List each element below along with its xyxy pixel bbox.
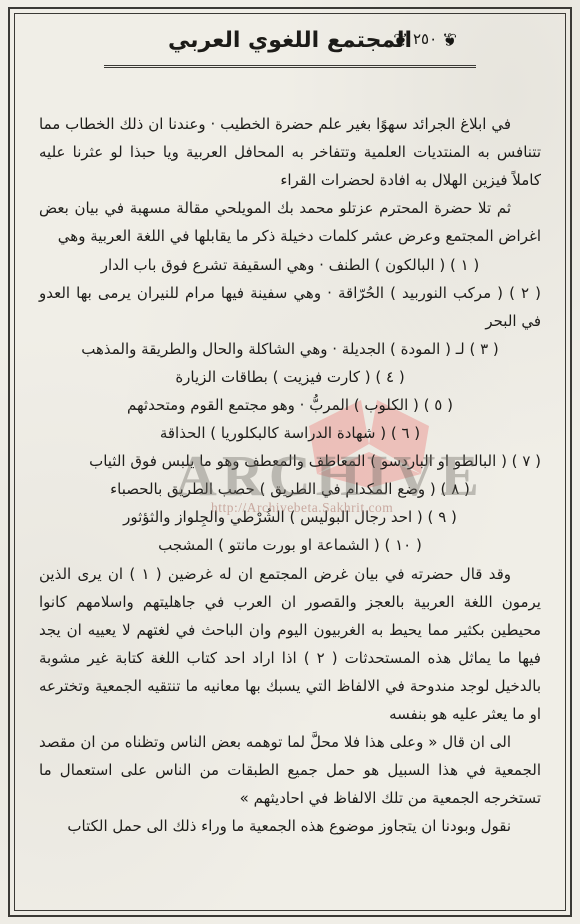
loanword-item-2: ( ٢ ) ( مركب النوربيد ) الحُرّاقة · وهي … (39, 279, 541, 335)
page-number-ornament: ❦ ٢٥٠ ❦ (393, 30, 457, 50)
loanword-list: ( ١ ) ( البالكون ) الطنف · وهي السقيفة ت… (39, 251, 541, 559)
page-border-inner: ❦ ٢٥٠ ❦ المجتمع اللغوي العربي في ابلاغ ا… (14, 13, 566, 911)
page-header: ❦ ٢٥٠ ❦ المجتمع اللغوي العربي (39, 22, 541, 96)
loanword-item-8: ( ٨ ) ( وضع المكدام في الطريق ) حصب الطر… (39, 475, 541, 503)
loanword-item-7: ( ٧ ) ( البالطو او الباردسو ) المعاطف وا… (39, 447, 541, 475)
header-rule (104, 65, 475, 68)
article-body: في ابلاغ الجرائد سهوًا بغير علم حضرة الخ… (39, 110, 541, 840)
fleuron-left-icon: ❦ (442, 32, 457, 50)
loanword-item-6: ( ٦ ) ( شهادة الدراسة كالبكلوريا ) الحذا… (39, 419, 541, 447)
loanword-item-5: ( ٥ ) ( الكلوب ) المربُّ · وهو مجتمع الق… (39, 391, 541, 419)
loanword-item-10: ( ١٠ ) ( الشماعة او بورت مانتو ) المشجب (39, 531, 541, 559)
paragraph-3: وقد قال حضرته في بيان غرض المجتمع ان له … (39, 560, 541, 728)
paragraph-4: الى ان قال « وعلى هذا فلا محلَّ لما توهم… (39, 728, 541, 812)
scanned-page: ❦ ٢٥٠ ❦ المجتمع اللغوي العربي في ابلاغ ا… (0, 0, 580, 924)
loanword-item-4: ( ٤ ) ( كارت فيزيت ) بطاقات الزيارة (39, 363, 541, 391)
paragraph-2: ثم تلا حضرة المحترم عزتلو محمد بك المويل… (39, 194, 541, 250)
paragraph-5: نقول وبودنا ان يتجاوز موضوع هذه الجمعية … (39, 812, 541, 840)
fleuron-right-icon: ❦ (393, 30, 408, 51)
journal-title: المجتمع اللغوي العربي (168, 28, 412, 53)
page-number: ٢٥٠ (413, 30, 437, 48)
loanword-item-9: ( ٩ ) ( احد رجال البوليس ) الشُرْطي والج… (39, 503, 541, 531)
page-border-frame: ❦ ٢٥٠ ❦ المجتمع اللغوي العربي في ابلاغ ا… (8, 7, 572, 917)
loanword-item-1: ( ١ ) ( البالكون ) الطنف · وهي السقيفة ت… (39, 251, 541, 279)
loanword-item-3: ( ٣ ) لـ ( المودة ) الجديلة · وهي الشاكل… (39, 335, 541, 363)
paragraph-1: في ابلاغ الجرائد سهوًا بغير علم حضرة الخ… (39, 110, 541, 194)
